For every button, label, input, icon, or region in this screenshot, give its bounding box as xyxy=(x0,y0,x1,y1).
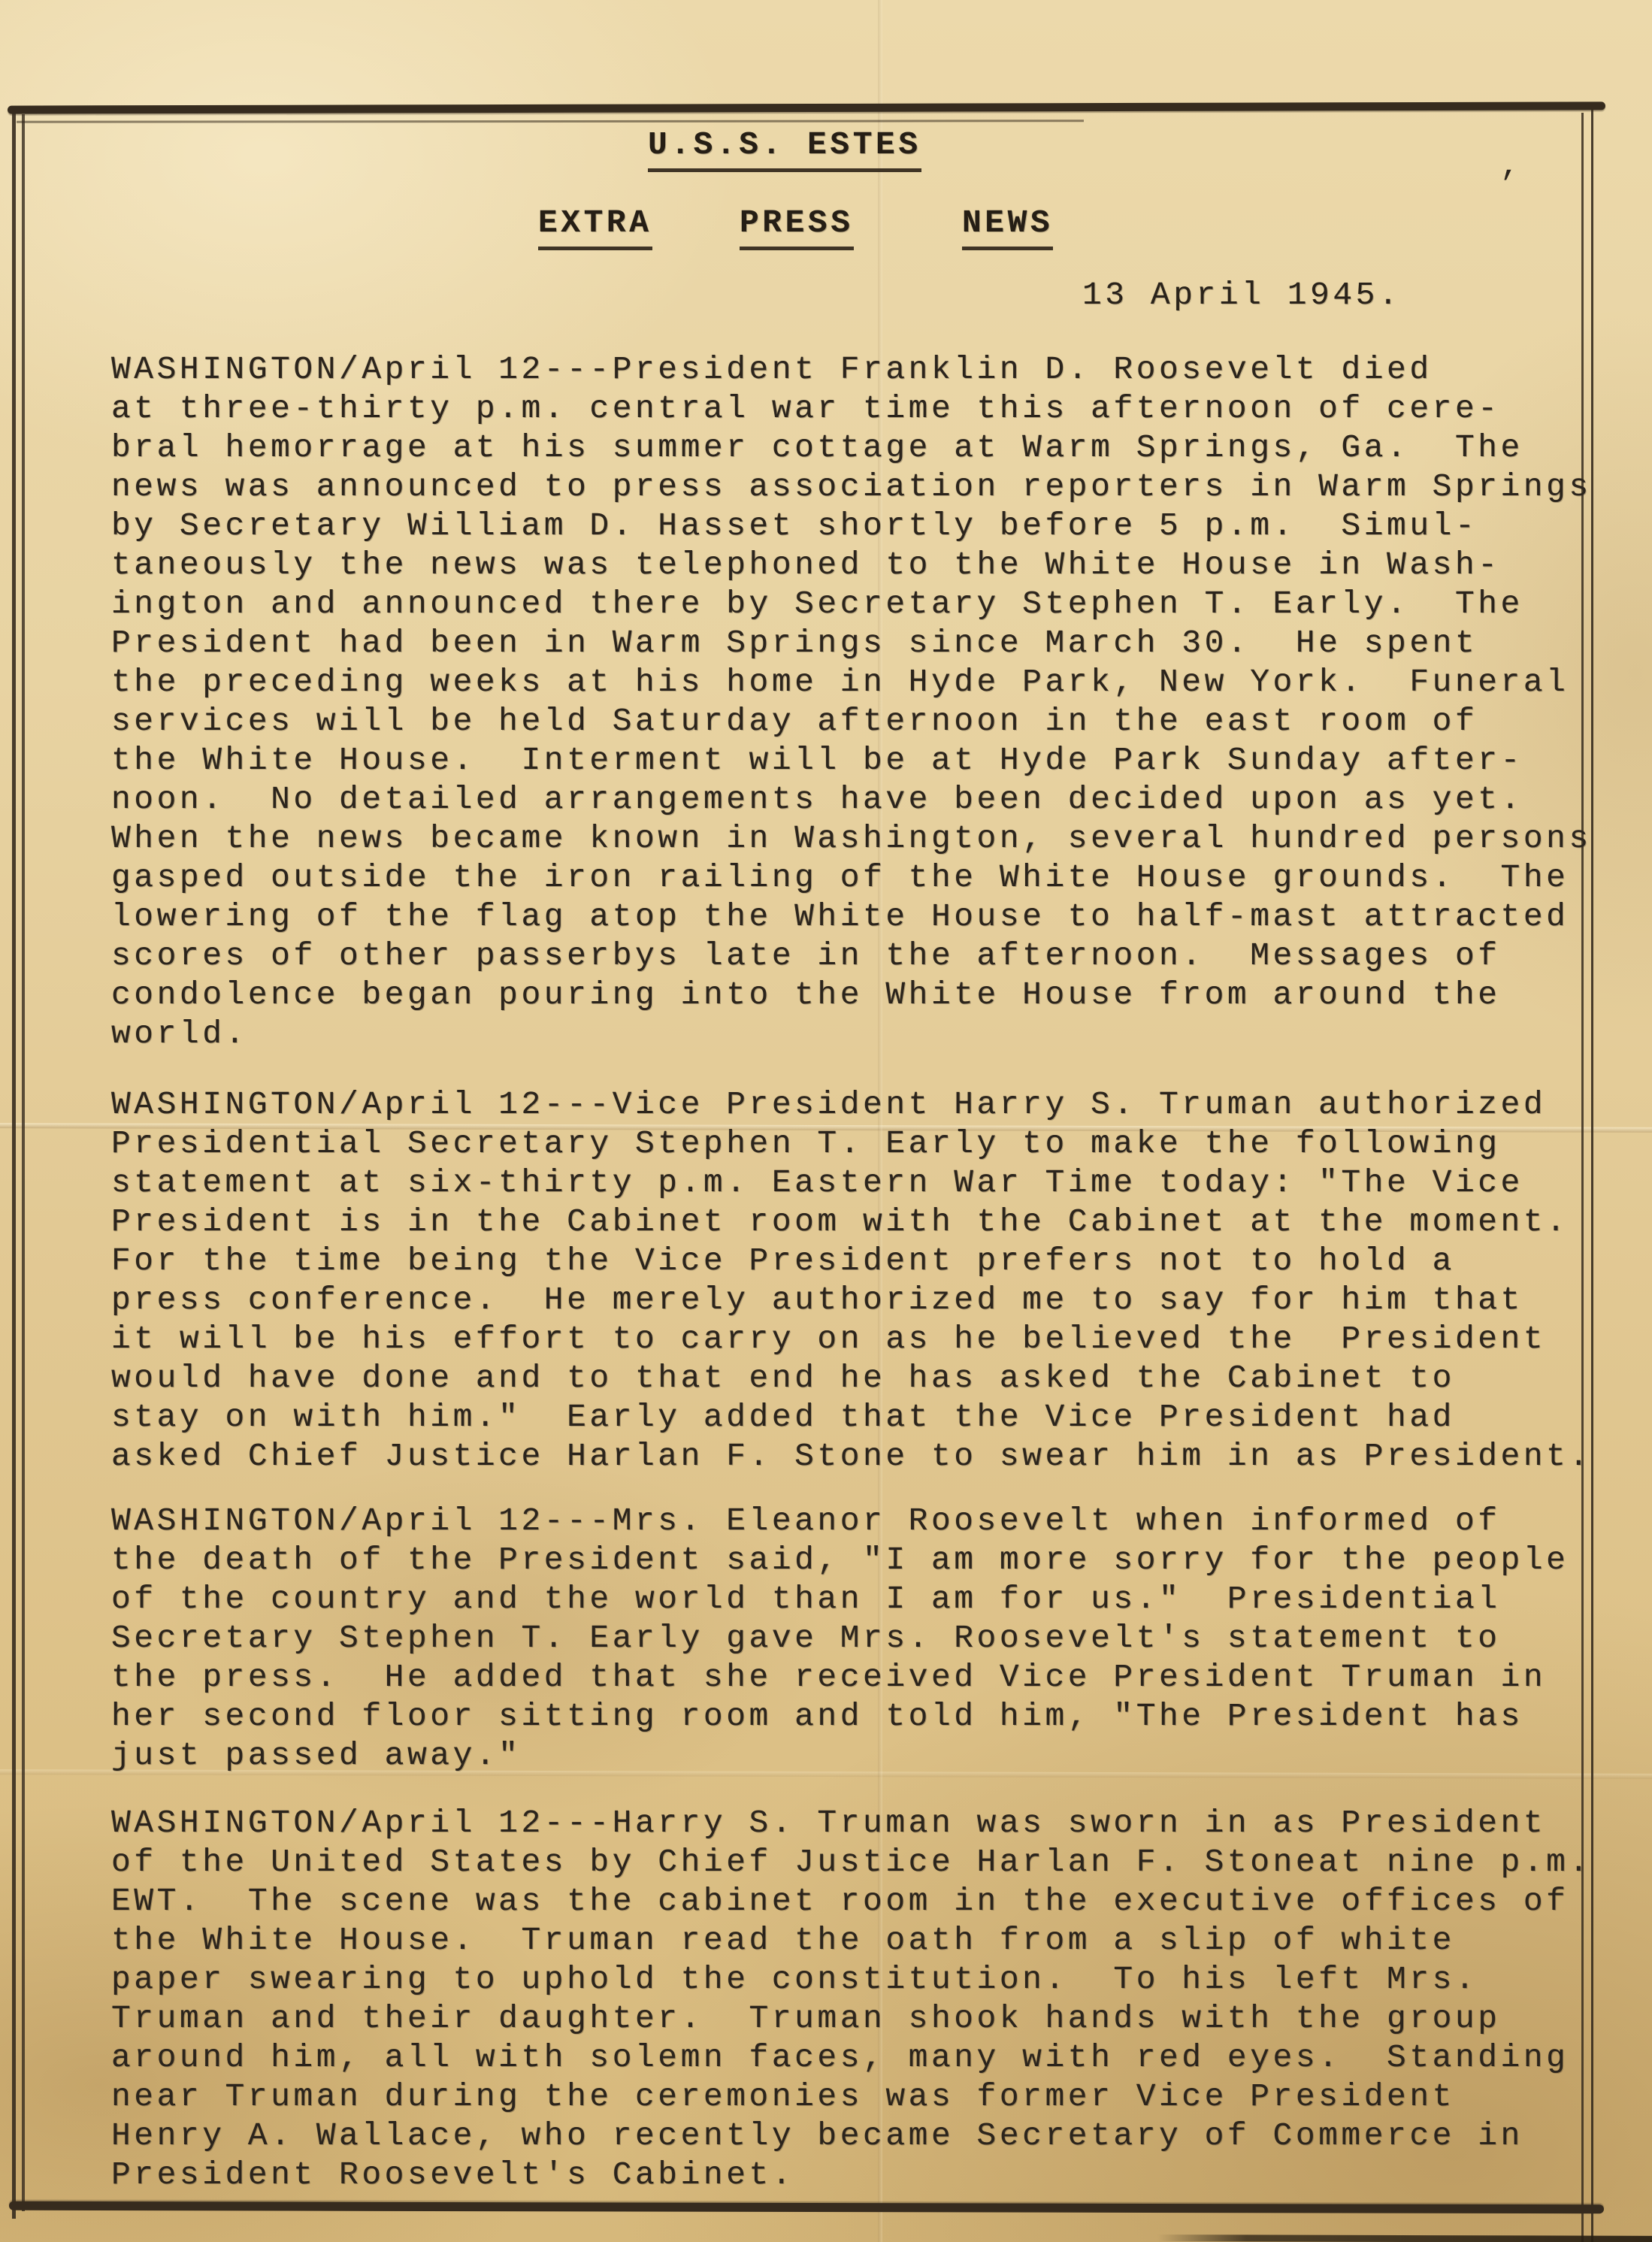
typed-line: WASHINGTON/April 12---Harry S. Truman wa… xyxy=(111,1804,1644,1843)
typed-line: would have done and to that end he has a… xyxy=(111,1359,1644,1398)
typed-line: EWT. The scene was the cabinet room in t… xyxy=(111,1882,1644,1921)
typed-line: stay on with him." Early added that the … xyxy=(111,1398,1644,1437)
typed-line: services will be held Saturday afternoon… xyxy=(111,702,1644,741)
subtitle-word-news: NEWS xyxy=(962,204,1053,250)
typed-line: President is in the Cabinet room with th… xyxy=(111,1203,1644,1242)
typed-line: condolence began pouring into the White … xyxy=(111,976,1644,1015)
typed-line: taneously the news was telephoned to the… xyxy=(111,546,1644,585)
article-eleanor-statement: WASHINGTON/April 12---Mrs. Eleanor Roose… xyxy=(111,1502,1644,1775)
typed-line: Presidential Secretary Stephen T. Early … xyxy=(111,1124,1644,1163)
typed-line: WASHINGTON/April 12---Vice President Har… xyxy=(111,1085,1644,1124)
subtitle-word-press: PRESS xyxy=(740,204,854,250)
typed-line: President had been in Warm Springs since… xyxy=(111,624,1644,663)
frame-top-line xyxy=(8,101,1605,113)
typed-line: When the news became known in Washington… xyxy=(111,819,1644,858)
typed-line: of the United States by Chief Justice Ha… xyxy=(111,1843,1644,1882)
typed-line: Truman and their daughter. Truman shook … xyxy=(111,1999,1644,2038)
frame-top-inner-line xyxy=(17,120,1084,123)
article-truman-statement: WASHINGTON/April 12---Vice President Har… xyxy=(111,1085,1644,1476)
typed-line: statement at six-thirty p.m. Eastern War… xyxy=(111,1163,1644,1203)
typed-line: her second floor sitting room and told h… xyxy=(111,1697,1644,1736)
typed-line: of the country and the world than I am f… xyxy=(111,1580,1644,1619)
typed-line: the press. He added that she received Vi… xyxy=(111,1658,1644,1697)
typed-line: just passed away." xyxy=(111,1736,1644,1775)
frame-left-outer-line xyxy=(12,107,16,2219)
typed-line: the White House. Truman read the oath fr… xyxy=(111,1921,1644,1960)
typed-line: noon. No detailed arrangements have been… xyxy=(111,780,1644,819)
typed-line: Henry A. Wallace, who recently became Se… xyxy=(111,2116,1644,2156)
typed-line: For the time being the Vice President pr… xyxy=(111,1242,1644,1281)
article-truman-sworn-in: WASHINGTON/April 12---Harry S. Truman wa… xyxy=(111,1804,1644,2195)
typed-line: asked Chief Justice Harlan F. Stone to s… xyxy=(111,1437,1644,1476)
frame-bottom-line xyxy=(9,2201,1604,2213)
typed-line: the death of the President said, "I am m… xyxy=(111,1541,1644,1580)
typed-line: around him, all with solemn faces, many … xyxy=(111,2038,1644,2077)
typed-line: President Roosevelt's Cabinet. xyxy=(111,2156,1644,2195)
typed-line: world. xyxy=(111,1015,1644,1054)
typed-line: bral hemorrage at his summer cottage at … xyxy=(111,428,1644,467)
typed-line: WASHINGTON/April 12---Mrs. Eleanor Roose… xyxy=(111,1502,1644,1541)
stray-typed-comma: , xyxy=(1500,147,1520,184)
typed-line: near Truman during the ceremonies was fo… xyxy=(111,2077,1644,2116)
typed-line: WASHINGTON/April 12---President Franklin… xyxy=(111,350,1644,389)
press-sheet: U.S.S. ESTES EXTRA PRESS NEWS 13 April 1… xyxy=(0,0,1652,2242)
typed-line: at three-thirty p.m. central war time th… xyxy=(111,389,1644,428)
typed-line: paper swearing to uphold the constitutio… xyxy=(111,1960,1644,1999)
subtitle-word-extra: EXTRA xyxy=(538,204,652,250)
typed-line: scores of other passerbys late in the af… xyxy=(111,936,1644,976)
article-roosevelt-death: WASHINGTON/April 12---President Franklin… xyxy=(111,350,1644,1054)
masthead-title: U.S.S. ESTES xyxy=(648,126,921,172)
typed-line: news was announced to press association … xyxy=(111,467,1644,507)
typed-line: ington and announced there by Secretary … xyxy=(111,585,1644,624)
typed-line: press conference. He merely authorized m… xyxy=(111,1281,1644,1320)
dateline: 13 April 1945. xyxy=(1082,277,1401,313)
frame-left-inner-line xyxy=(22,114,25,2211)
typed-line: gasped outside the iron railing of the W… xyxy=(111,858,1644,897)
typed-line: the White House. Interment will be at Hy… xyxy=(111,741,1644,780)
typed-line: the preceding weeks at his home in Hyde … xyxy=(111,663,1644,702)
scan-bottom-edge xyxy=(1157,2234,1652,2242)
typed-line: Secretary Stephen T. Early gave Mrs. Roo… xyxy=(111,1619,1644,1658)
typed-line: by Secretary William D. Hasset shortly b… xyxy=(111,507,1644,546)
typed-line: lowering of the flag atop the White Hous… xyxy=(111,897,1644,936)
typed-line: it will be his effort to carry on as he … xyxy=(111,1320,1644,1359)
